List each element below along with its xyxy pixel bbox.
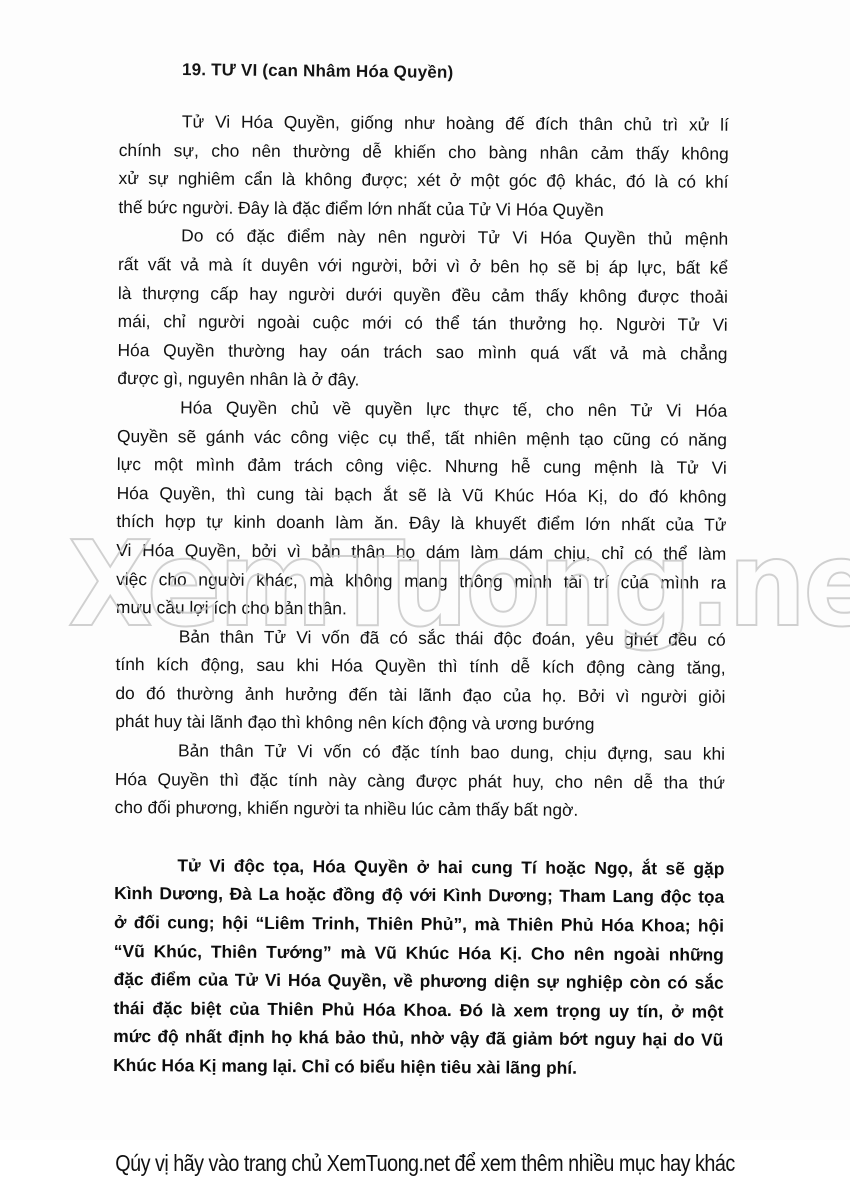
text-line: rất vất vả mà ít duyên với người, bởi vì… xyxy=(118,250,728,282)
text-line: tính kích động, sau khi Hóa Quyền thì tí… xyxy=(116,650,726,682)
paragraph-1: Tử Vi Hóa Quyền, giống như hoàng đế đích… xyxy=(118,107,729,225)
text-line: mái, chỉ người ngoài cuộc mới có thể tán… xyxy=(118,307,728,339)
section-heading: 19. TƯ VI (can Nhâm Hóa Quyền) xyxy=(182,60,454,83)
text-line: Tử Vi độc tọa, Hóa Quyền ở hai cung Tí h… xyxy=(114,851,724,883)
text-line: là thượng cấp hay người dưới quyền đều c… xyxy=(118,279,728,311)
text-line: mức độ nhất định họ khá bảo thủ, nhờ vậy… xyxy=(113,1022,723,1054)
text-line: việc cho người khác, mà không mang thông… xyxy=(116,564,726,596)
text-line: mưu cầu lợi ích cho bản thân. xyxy=(116,593,726,625)
text-line: Vi Hóa Quyền, bởi vì bản thân họ dám làm… xyxy=(116,536,726,568)
text-line: đặc điểm của Tử Vi Hóa Quyền, về phương … xyxy=(114,965,724,997)
text-line: thế bức người. Đây là đặc điểm lớn nhất … xyxy=(118,193,728,225)
text-line: ở đối cung; hội “Liêm Trinh, Thiên Phủ”,… xyxy=(114,908,724,940)
text-line: Kình Dương, Đà La hoặc đồng độ với Kình … xyxy=(114,879,724,911)
text-line: thái đặc biệt của Thiên Phủ Hóa Khoa. Đó… xyxy=(113,994,723,1026)
text-line: Tử Vi Hóa Quyền, giống như hoàng đế đích… xyxy=(119,107,729,139)
footer-notice: Qúy vị hãy vào trang chủ XemTuong.net để… xyxy=(60,1150,791,1177)
scanned-book-page: 19. TƯ VI (can Nhâm Hóa Quyền) Tử Vi Hóa… xyxy=(0,0,850,1140)
text-line: Bản thân Tử Vi vốn có đặc tính bao dung,… xyxy=(115,736,725,768)
paragraph-6: Tử Vi độc tọa, Hóa Quyền ở hai cung Tí h… xyxy=(113,851,724,1083)
footer-prefix: Qúy vị hãy vào trang chủ xyxy=(115,1150,326,1176)
body-text: Tử Vi Hóa Quyền, giống như hoàng đế đích… xyxy=(113,107,729,1083)
text-line: “Vũ Khúc, Thiên Tướng” mà Vũ Khúc Hóa Kị… xyxy=(114,937,724,969)
footer-suffix: để xem thêm nhiều mục hay khác xyxy=(449,1150,734,1176)
text-line: Do có đặc điểm này nên người Tử Vi Hóa Q… xyxy=(118,221,728,253)
text-line: thích hợp tự kinh doanh làm ăn. Đây là k… xyxy=(116,507,726,539)
text-line: Hóa Quyền thì đặc tính này càng được phá… xyxy=(115,765,725,797)
text-line: lực một mình đảm trách công việc. Nhưng … xyxy=(117,450,727,482)
paragraph-4: Bản thân Tử Vi vốn đã có sắc thái độc đo… xyxy=(115,622,726,740)
text-line: Hóa Quyền, thì cung tài bạch ắt sẽ là Vũ… xyxy=(117,479,727,511)
paragraph-3: Hóa Quyền chủ về quyền lực thực tế, cho … xyxy=(116,393,727,625)
text-line: xử sự nghiêm cẩn là không được; xét ở mộ… xyxy=(118,164,728,196)
text-line: do đó thường ảnh hưởng đến tài lãnh đạo … xyxy=(115,679,725,711)
text-line: được gì, nguyên nhân là ở đây. xyxy=(117,364,727,396)
text-line: chính sự, cho nên thường dễ khiến cho bà… xyxy=(119,136,729,168)
site-link[interactable]: XemTuong.net xyxy=(327,1150,450,1176)
text-line: phát huy tài lãnh đạo thì không nên kích… xyxy=(115,707,725,739)
text-line: Quyền sẽ gánh vác công việc cụ thể, tất … xyxy=(117,422,727,454)
paragraph-5: Bản thân Tử Vi vốn có đặc tính bao dung,… xyxy=(115,736,726,826)
text-line: cho đối phương, khiến người ta nhiều lúc… xyxy=(115,793,725,825)
text-line: Hóa Quyền thường hay oán trách sao mình … xyxy=(117,336,727,368)
text-line: Bản thân Tử Vi vốn đã có sắc thái độc đo… xyxy=(116,622,726,654)
text-line: Hóa Quyền chủ về quyền lực thực tế, cho … xyxy=(117,393,727,425)
paragraph-2: Do có đặc điểm này nên người Tử Vi Hóa Q… xyxy=(117,221,728,396)
paragraph-gap xyxy=(114,822,724,855)
text-line: Khúc Hóa Kị mang lại. Chỉ có biểu hiện t… xyxy=(113,1051,723,1083)
